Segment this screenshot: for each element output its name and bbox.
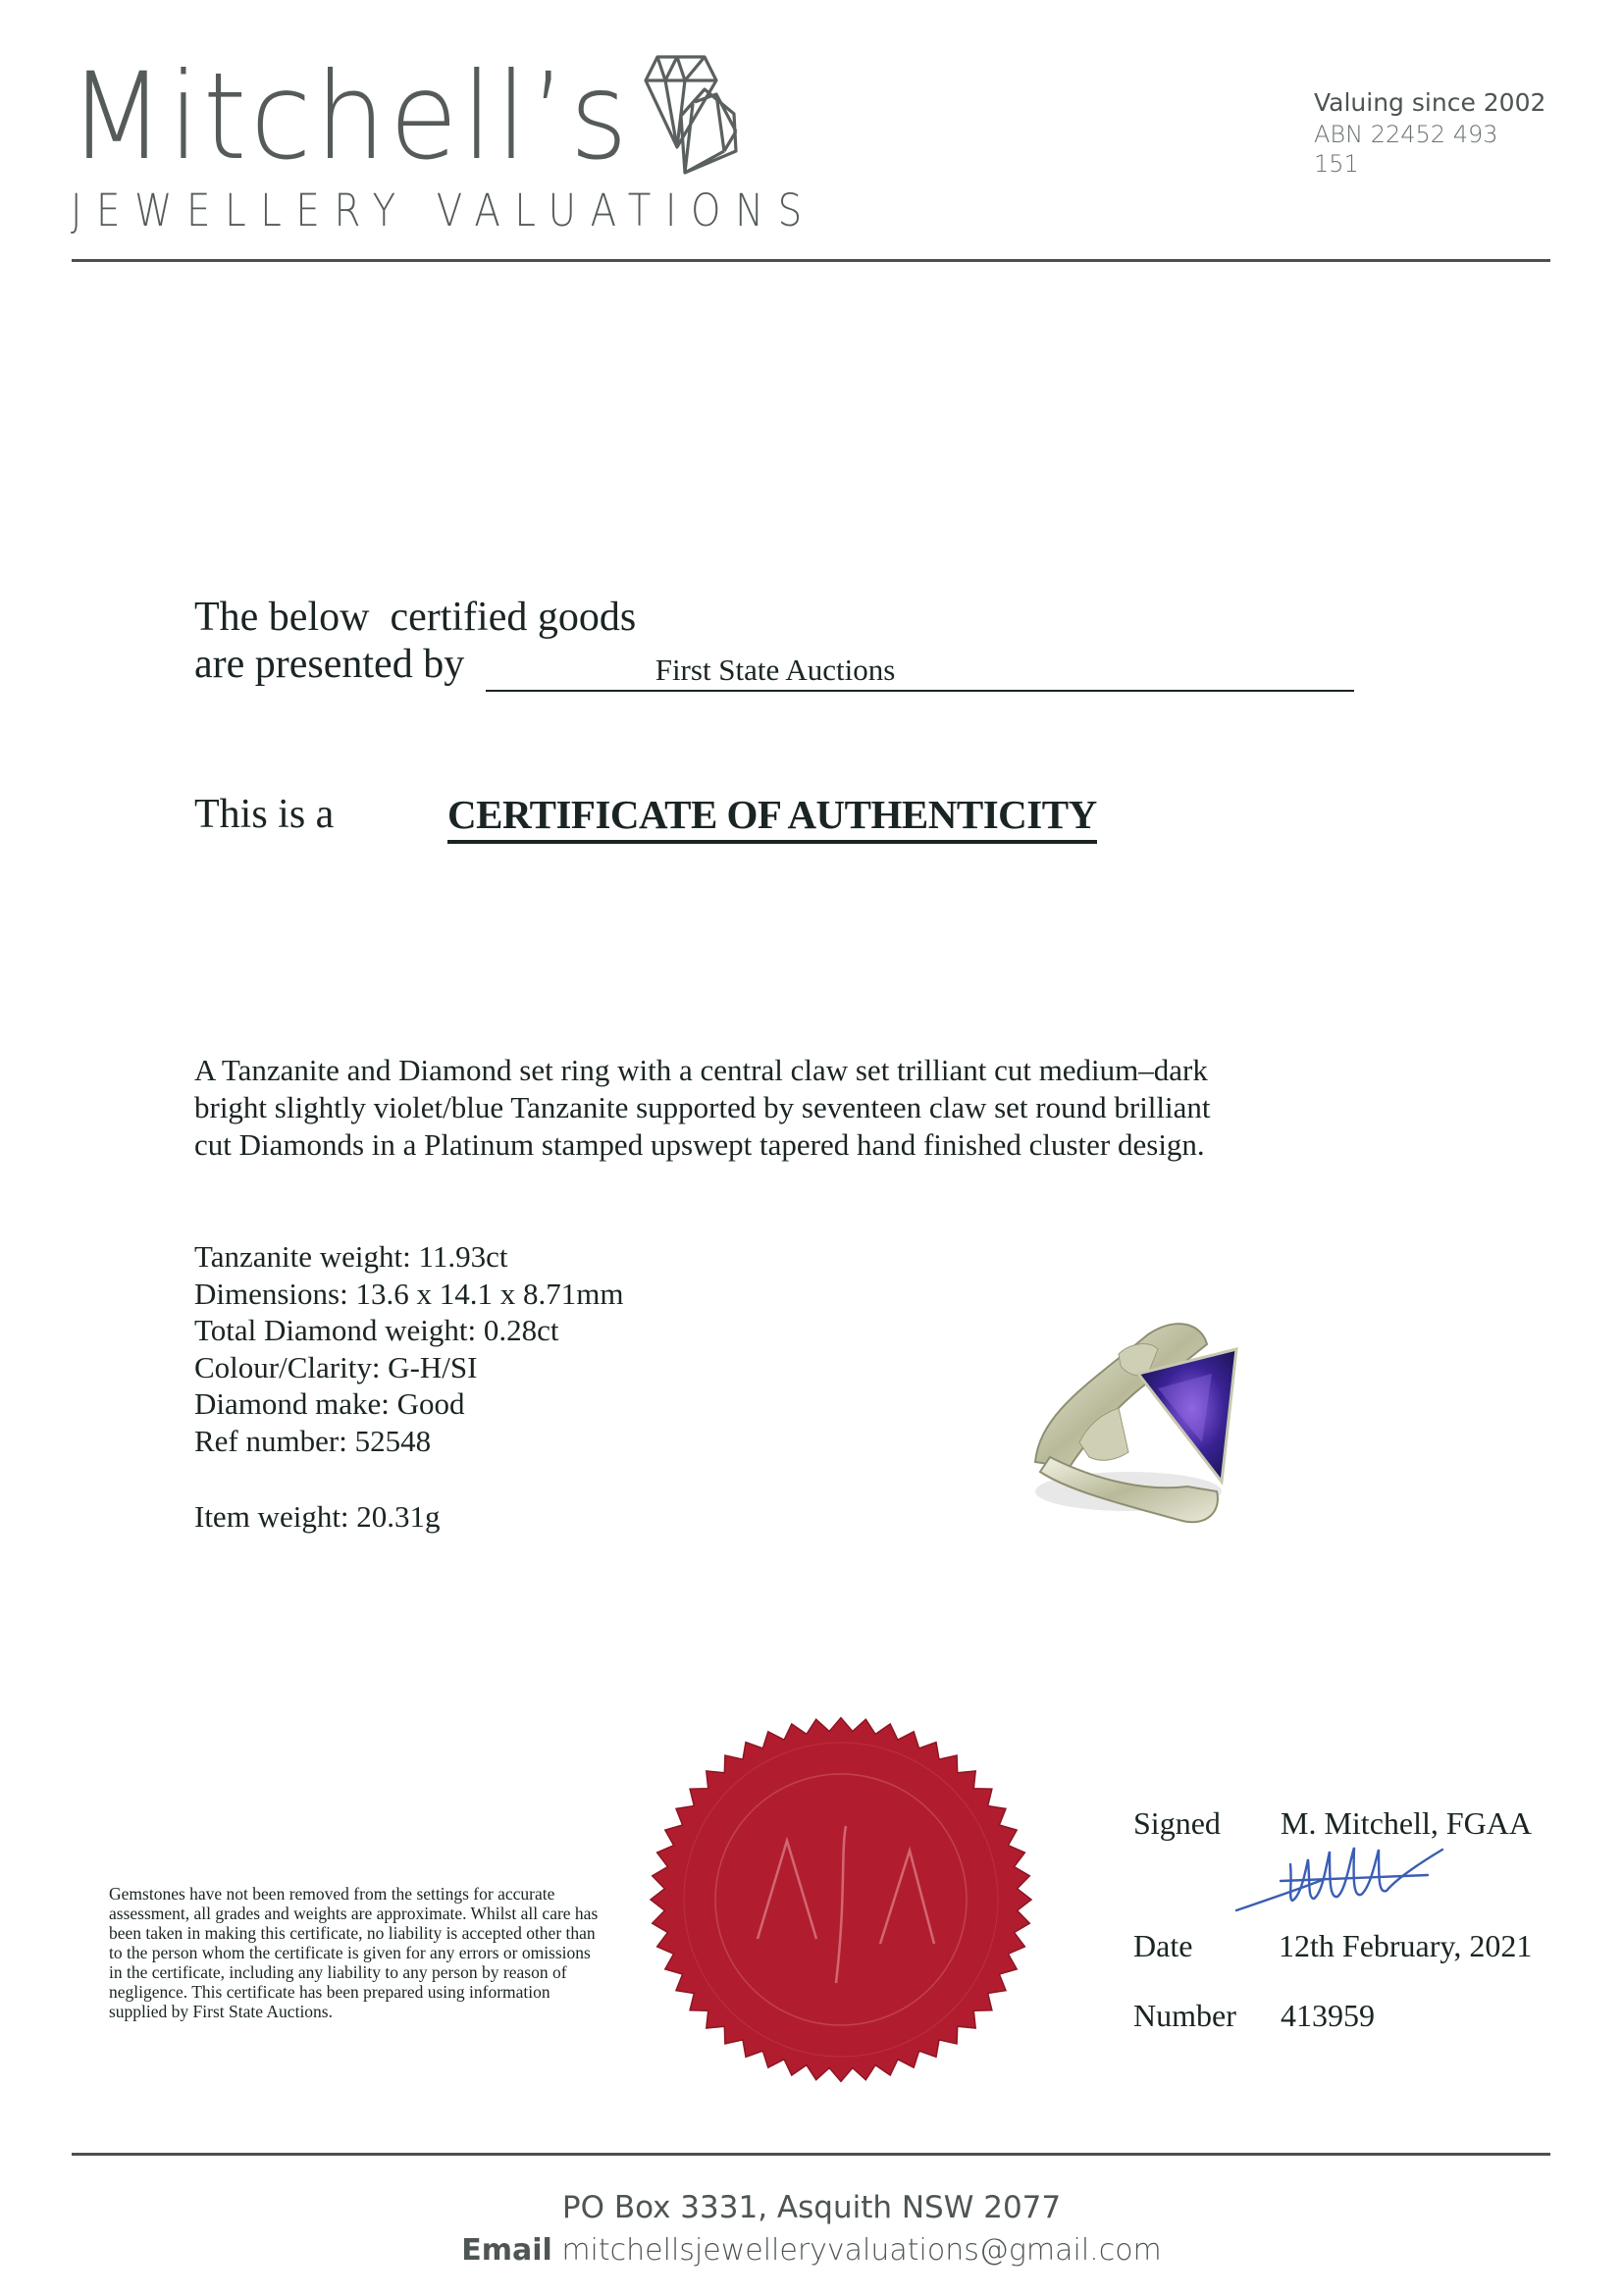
brand-subtitle: JEWELLERY VALUATIONS	[71, 188, 816, 233]
number-label: Number	[1133, 1998, 1236, 2034]
header-divider	[72, 259, 1550, 262]
spec-colour-clarity: Colour/Clarity: G-H/SI	[194, 1349, 623, 1386]
signature-icon	[1231, 1840, 1467, 1918]
signed-value: M. Mitchell, FGAA	[1281, 1805, 1532, 1842]
item-description: A Tanzanite and Diamond set ring with a …	[194, 1052, 1234, 1164]
spec-tanzanite-weight: Tanzanite weight: 11.93ct	[194, 1238, 623, 1276]
number-value: 413959	[1281, 1998, 1375, 2034]
signed-label: Signed	[1133, 1805, 1221, 1842]
header-info: Valuing since 2002 ABN 22452 493 151	[1314, 86, 1549, 179]
ring-photo	[1011, 1295, 1256, 1540]
footer-divider	[72, 2153, 1550, 2156]
tagline: Valuing since 2002	[1314, 86, 1549, 120]
email-link[interactable]: mitchellsjewelleryvaluations@gmail.com	[561, 2233, 1161, 2268]
date-value: 12th February, 2021	[1279, 1928, 1532, 1964]
footer-email-line: Email mitchellsjewelleryvaluations@gmail…	[0, 2233, 1623, 2268]
date-label: Date	[1133, 1928, 1192, 1964]
red-seal-icon	[640, 1707, 1042, 2092]
presentation-line1: The below certified goods	[194, 594, 636, 641]
item-weight: Item weight: 20.31g	[194, 1499, 441, 1535]
spec-diamond-weight: Total Diamond weight: 0.28ct	[194, 1312, 623, 1349]
abn-number: ABN 22452 493 151	[1314, 120, 1549, 179]
spec-dimensions: Dimensions: 13.6 x 14.1 x 8.71mm	[194, 1276, 623, 1313]
presenter-underline	[486, 690, 1354, 692]
disclaimer-text: Gemstones have not been removed from the…	[109, 1884, 600, 2021]
email-label: Email	[461, 2233, 552, 2268]
certificate-title: CERTIFICATE OF AUTHENTICITY	[447, 791, 1097, 844]
diamonds-icon	[371, 53, 812, 190]
spec-diamond-make: Diamond make: Good	[194, 1385, 623, 1423]
certificate-prefix: This is a	[194, 791, 334, 838]
specs-list: Tanzanite weight: 11.93ct Dimensions: 13…	[194, 1238, 623, 1459]
footer-address: PO Box 3331, Asquith NSW 2077	[0, 2190, 1623, 2225]
spec-ref-number: Ref number: 52548	[194, 1423, 623, 1460]
presenter-name: First State Auctions	[486, 652, 1065, 688]
